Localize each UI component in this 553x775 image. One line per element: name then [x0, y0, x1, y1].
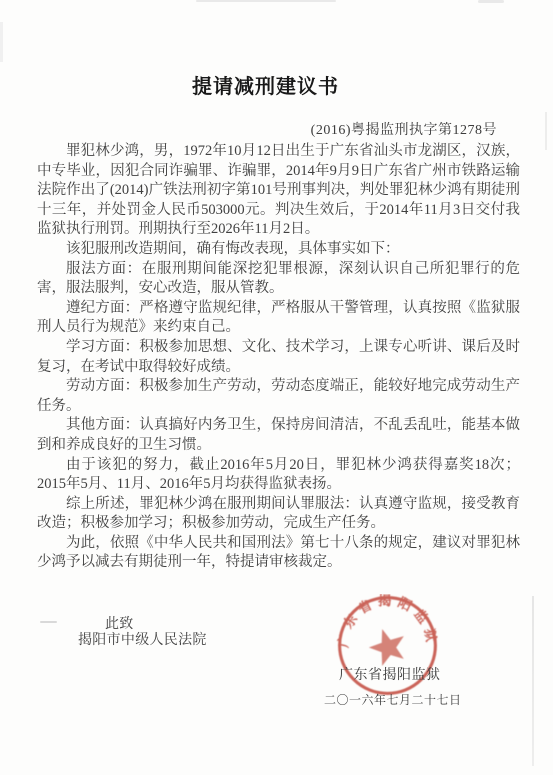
document-page: 提请减刑建议书 (2016)粤揭监刑执字第1278号 罪犯林少鸿，男，1972年… — [0, 0, 553, 775]
scan-artifact — [478, 0, 504, 3]
scan-artifact — [40, 621, 57, 623]
document-title: 提请减刑建议书 — [0, 70, 531, 99]
paragraph-summary: 综上所述，罪犯林少鸿在服刑期间认罪服法：认真遵守监规，接受教育改造；积极参加学习… — [37, 495, 520, 534]
paragraph-other: 其他方面：认真搞好内务卫生，保持房间清洁，不乱丢乱吐，能基本做到和养成良好的卫生… — [37, 416, 520, 455]
scan-edge-shadow — [0, 22, 3, 62]
document-body: 罪犯林少鸿，男，1972年10月12日出生于广东省汕头市龙湖区，汉族，中专毕业，… — [37, 142, 520, 573]
closing-block: 此致 揭阳市中级人民法院 — [78, 617, 207, 649]
star-icon — [367, 626, 409, 666]
scan-artifact — [196, 0, 336, 2]
paragraph-study: 学习方面：积极参加思想、文化、技术学习，上课专心听讲、课后及时复习，在考试中取得… — [37, 338, 520, 377]
paragraph-discipline: 遵纪方面：严格遵守监规纪律，严格服从干警管理，认真按照《监狱服刑人员行为规范》来… — [37, 299, 520, 338]
paragraph-rewards: 由于该犯的努力，截止2016年5月20日，罪犯林少鸿获得嘉奖18次；2015年5… — [37, 456, 520, 495]
paragraph-defendant-info: 罪犯林少鸿，男，1972年10月12日出生于广东省汕头市龙湖区，汉族，中专毕业，… — [37, 142, 520, 240]
closing-court-name: 揭阳市中级人民法院 — [78, 633, 207, 649]
closing-salute: 此致 — [78, 617, 207, 633]
signature-org-name: 广东省揭阳监狱 — [339, 664, 441, 684]
paragraph-proposal: 为此，依照《中华人民共和国刑法》第七十八条的规定，建议对罪犯林少鸿予以减去有期徒… — [37, 534, 520, 573]
paragraph-law-compliance: 服法方面：在服刑期间能深挖犯罪根源，深刻认识自己所犯罪行的危害，服法服判，安心改… — [37, 260, 520, 299]
paragraph-labor: 劳动方面：积极参加生产劳动，劳动态度端正，能较好地完成劳动生产任务。 — [37, 377, 520, 416]
signature-date: 二〇一六年七月二十七日 — [324, 691, 462, 708]
paragraph-intro: 该犯服刑改造期间，确有悔改表现，具体事实如下： — [37, 240, 520, 260]
scan-edge-shadow — [545, 112, 547, 150]
scan-edge-shadow — [532, 596, 534, 766]
doc-number: (2016)粤揭监刑执字第1278号 — [311, 119, 497, 139]
